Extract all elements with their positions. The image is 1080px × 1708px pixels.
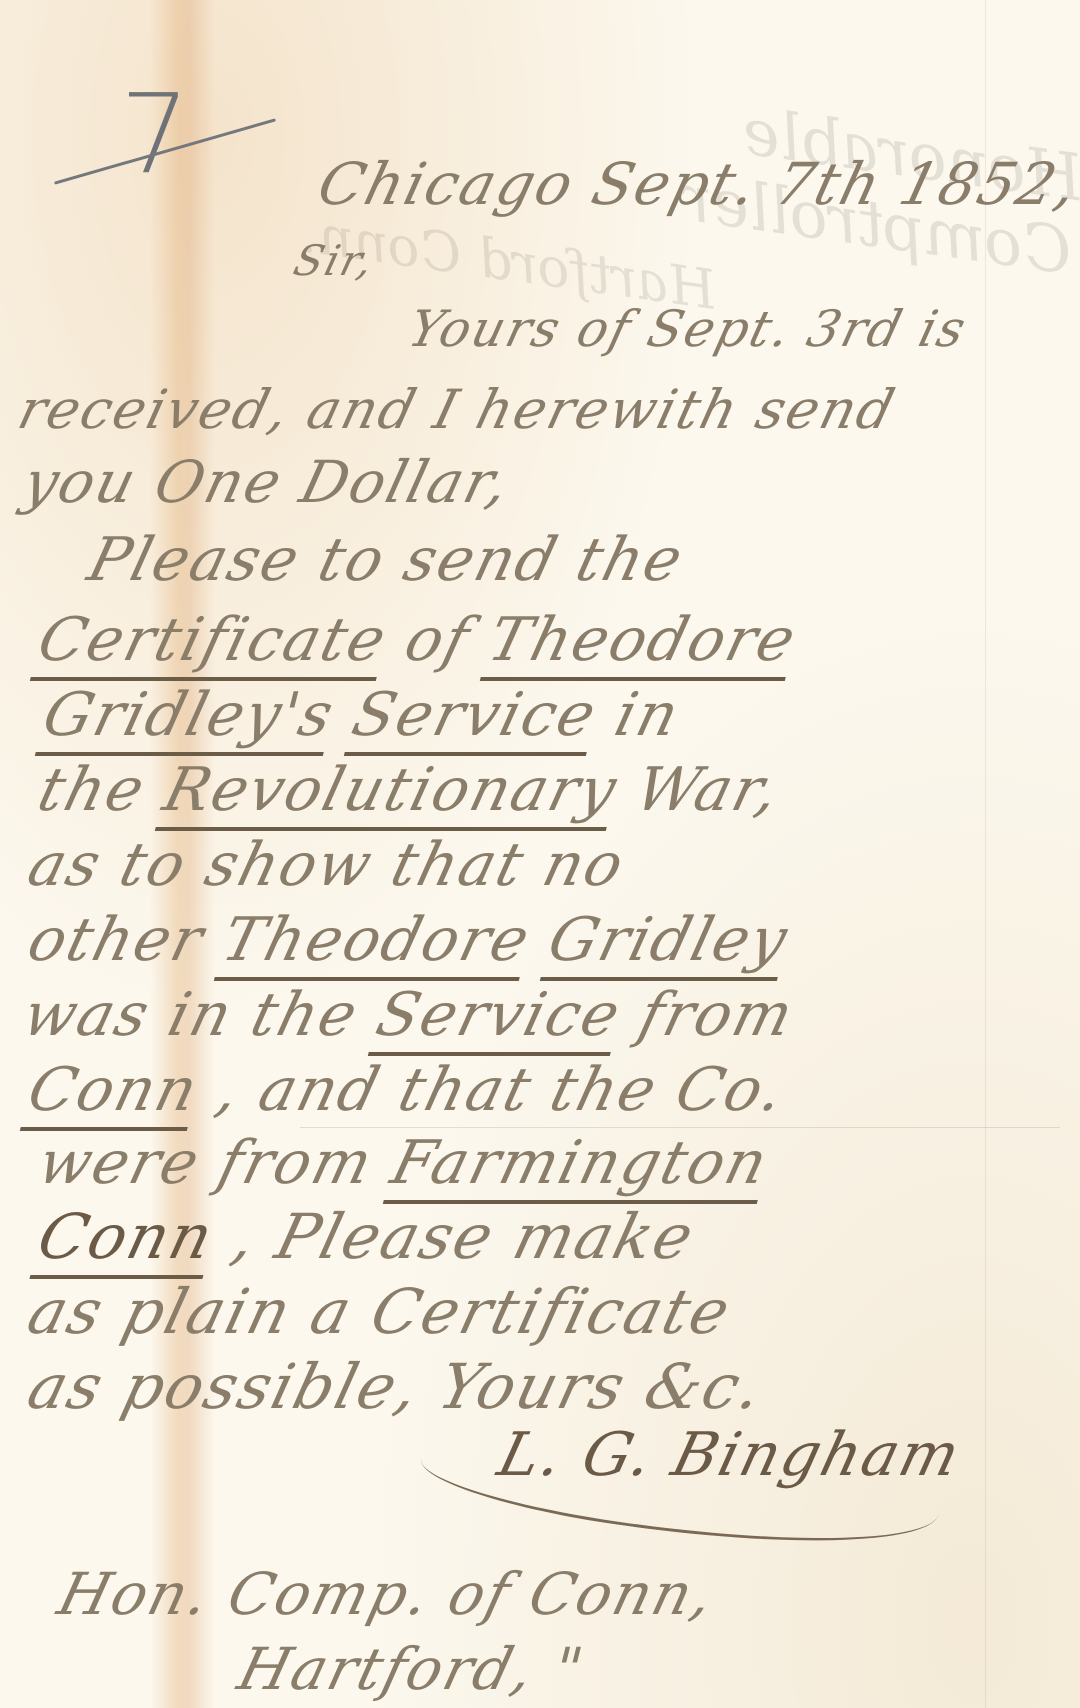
body-line: Conn , and that the Co. — [21, 1055, 792, 1125]
underlined-word: Revolutionary — [155, 755, 625, 831]
underlined-word: Farmington — [383, 1128, 776, 1204]
body-line: was in the Service from — [16, 980, 801, 1050]
underlined-word: Theodore — [214, 905, 538, 981]
salutation: Sir, — [289, 236, 380, 285]
body-line: Conn , Please make — [31, 1200, 702, 1273]
underlined-word: Conn — [20, 1055, 206, 1131]
underlined-word: Service — [368, 980, 628, 1056]
underlined-word: Gridley — [540, 905, 796, 981]
body-line: Please to send the — [81, 525, 691, 595]
place-date: Chicago Sept. 7th 1852, — [312, 150, 1080, 218]
body-line: were from Farmington — [31, 1128, 776, 1198]
body-line: you One Dollar, — [17, 448, 518, 516]
underlined-word: Certificate — [30, 605, 395, 681]
body-line: other Theodore Gridley — [21, 905, 795, 975]
addressee-line: Hon. Comp. of Conn, — [52, 1560, 722, 1628]
body-line: the Revolutionary War, — [31, 755, 787, 825]
underlined-word: Conn — [29, 1200, 221, 1279]
underlined-word: Service — [344, 680, 604, 756]
body-line: Gridley's Service in — [36, 680, 687, 750]
body-line: Yours of Sept. 3rd is — [403, 300, 973, 358]
pencil-number: 7 — [120, 70, 190, 198]
body-line: as to show that no — [21, 830, 632, 900]
underlined-word: Theodore — [480, 605, 804, 681]
body-line: as possible, Yours &c. — [21, 1350, 771, 1423]
addressee-line: Hartford, " — [232, 1635, 592, 1703]
underlined-word: Gridley's — [35, 680, 342, 756]
body-line: Certificate of Theodore — [31, 605, 804, 675]
body-line: as plain a Certificate — [21, 1275, 739, 1348]
letter-page: Honorable Comptroller Hartford Conn. 7 C… — [0, 0, 1080, 1708]
body-line: received, and I herewith send — [12, 378, 902, 441]
